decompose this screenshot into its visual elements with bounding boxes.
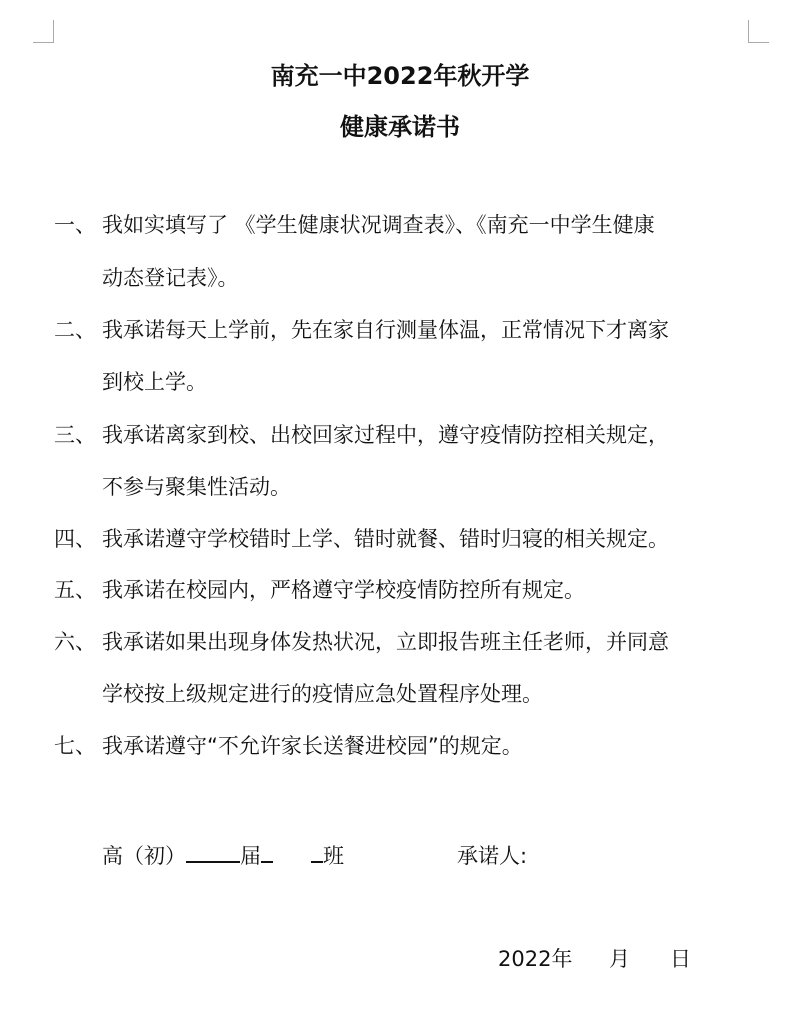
page-corner-mark-top-left [33, 20, 54, 43]
item-number: 五、 [54, 578, 102, 602]
date-day: 日 [670, 943, 691, 973]
pledge-item-4: 四、我承诺遵守学校错时上学、错时就餐、错时归寝的相关规定。 [54, 527, 669, 551]
promisor-label: 承诺人: [457, 840, 527, 870]
item-text: 我承诺在校园内，严格遵守学校疫情防控所有规定。 [102, 578, 585, 602]
class-blank-start[interactable] [261, 843, 273, 863]
item-text: 我承诺如果出现身体发热状况，立即报告班主任老师，并同意 [102, 630, 669, 654]
grade-prefix-label: 高（初） [102, 844, 186, 868]
pledge-item-1: 一、我如实填写了 《学生健康状况调查表》、《南充一中学生健康 [54, 213, 655, 237]
document-subtitle: 健康承诺书 [0, 107, 800, 142]
class-blank-end[interactable] [311, 843, 323, 863]
grade-class-line: 高（初）届班 [102, 840, 344, 870]
pledge-item-5: 五、我承诺在校园内，严格遵守学校疫情防控所有规定。 [54, 578, 585, 602]
item-text: 我承诺遵守学校错时上学、错时就餐、错时归寝的相关规定。 [102, 527, 669, 551]
item-text: 我承诺离家到校、出校回家过程中，遵守疫情防控相关规定， [102, 423, 669, 447]
item-text: 我如实填写了 《学生健康状况调查表》、《南充一中学生健康 [102, 213, 655, 237]
item-number: 一、 [54, 213, 102, 237]
pledge-item-3: 三、我承诺离家到校、出校回家过程中，遵守疫情防控相关规定， [54, 423, 669, 447]
pledge-item-6-continuation: 学校按上级规定进行的疫情应急处置程序处理。 [102, 682, 543, 706]
item-text: 我承诺遵守“不允许家长送餐进校园”的规定。 [102, 734, 523, 758]
item-number: 四、 [54, 527, 102, 551]
item-text: 我承诺每天上学前，先在家自行测量体温，正常情况下才离家 [102, 318, 669, 342]
grade-year-blank[interactable] [186, 843, 240, 863]
grade-suffix-label: 届 [240, 844, 261, 868]
pledge-item-3-continuation: 不参与聚集性活动。 [102, 475, 291, 499]
item-number: 三、 [54, 423, 102, 447]
pledge-item-2: 二、我承诺每天上学前，先在家自行测量体温，正常情况下才离家 [54, 318, 669, 342]
pledge-item-7: 七、我承诺遵守“不允许家长送餐进校园”的规定。 [54, 734, 523, 758]
class-suffix-label: 班 [323, 844, 344, 868]
pledge-item-6: 六、我承诺如果出现身体发热状况，立即报告班主任老师，并同意 [54, 630, 669, 654]
page-corner-mark-top-right [748, 20, 769, 43]
date-year: 2022年 [498, 943, 572, 973]
pledge-item-2-continuation: 到校上学。 [102, 370, 207, 394]
date-month: 月 [609, 943, 630, 973]
item-number: 六、 [54, 630, 102, 654]
pledge-item-1-continuation: 动态登记表》。 [102, 266, 239, 290]
item-number: 七、 [54, 734, 102, 758]
document-title: 南充一中2022年秋开学 [0, 56, 800, 91]
item-number: 二、 [54, 318, 102, 342]
